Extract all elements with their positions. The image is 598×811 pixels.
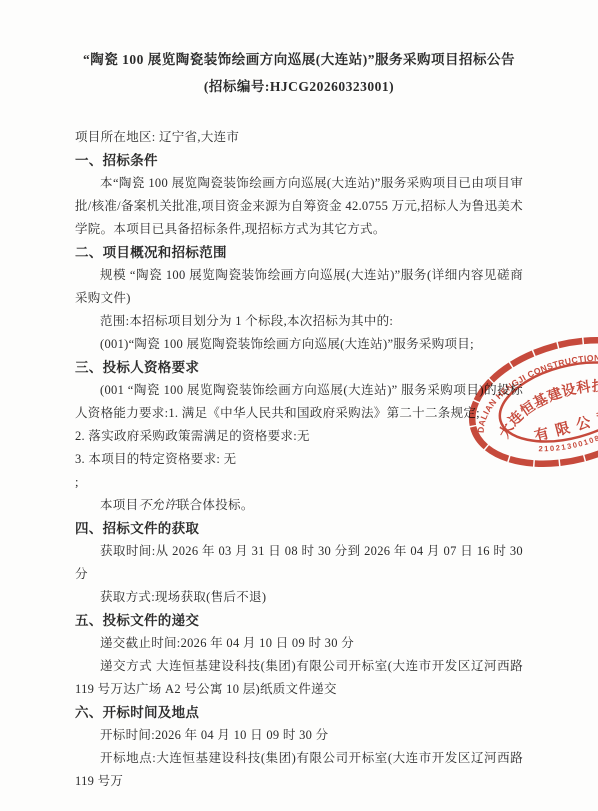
document-page: “陶瓷 100 展览陶瓷装饰绘画方向巡展(大连站)”服务采购项目招标公告 (招标… [0,0,598,811]
tender-number: (招标编号:HJCG20260323001) [75,73,523,100]
paragraph: 范围:本招标项目划分为 1 个标段,本次招标为其中的: [75,310,523,333]
paragraph: ; [75,471,523,494]
paragraph: 获取方式:现场获取(售后不退) [75,586,523,609]
section-heading: 五、投标文件的递交 [75,609,523,632]
section-heading: 六、开标时间及地点 [75,701,523,724]
tender-announcement: “陶瓷 100 展览陶瓷装饰绘画方向巡展(大连站)”服务采购项目招标公告 (招标… [75,46,523,793]
section-heading: 二、项目概况和招标范围 [75,241,523,264]
emphasized-text: 不允许 [138,498,176,512]
paragraph: 递交截止时间:2026 年 04 月 10 日 09 时 30 分 [75,632,523,655]
paragraph: 3. 本项目的特定资格要求: 无 [75,448,523,471]
document-body: 项目所在地区: 辽宁省,大连市一、招标条件本“陶瓷 100 展览陶瓷装饰绘画方向… [75,126,523,793]
paragraph: (001)“陶瓷 100 展览陶瓷装饰绘画方向巡展(大连站)”服务采购项目; [75,333,523,356]
paragraph: 开标时间:2026 年 04 月 10 日 09 时 30 分 [75,724,523,747]
paragraph: 递交方式 大连恒基建设科技(集团)有限公司开标室(大连市开发区辽河西路 119 … [75,655,523,701]
section-heading: 四、招标文件的获取 [75,517,523,540]
paragraph: 项目所在地区: 辽宁省,大连市 [75,126,523,149]
paragraph: 本项目不允许联合体投标。 [75,494,523,517]
text-run: 本项目 [100,498,138,512]
paragraph: 开标地点:大连恒基建设科技(集团)有限公司开标室(大连市开发区辽河西路 119 … [75,747,523,793]
text-run: 联合体投标。 [177,498,254,512]
paragraph: 规模 “陶瓷 100 展览陶瓷装饰绘画方向巡展(大连站)”服务(详细内容见磋商采… [75,264,523,310]
paragraph: 本“陶瓷 100 展览陶瓷装饰绘画方向巡展(大连站)”服务采购项目已由项目审批/… [75,172,523,241]
title-block: “陶瓷 100 展览陶瓷装饰绘画方向巡展(大连站)”服务采购项目招标公告 (招标… [75,46,523,100]
section-heading: 一、招标条件 [75,149,523,172]
document-title: “陶瓷 100 展览陶瓷装饰绘画方向巡展(大连站)”服务采购项目招标公告 [75,46,523,73]
paragraph: 2. 落实政府采购政策需满足的资格要求:无 [75,425,523,448]
paragraph: 获取时间:从 2026 年 03 月 31 日 08 时 30 分到 2026 … [75,540,523,586]
